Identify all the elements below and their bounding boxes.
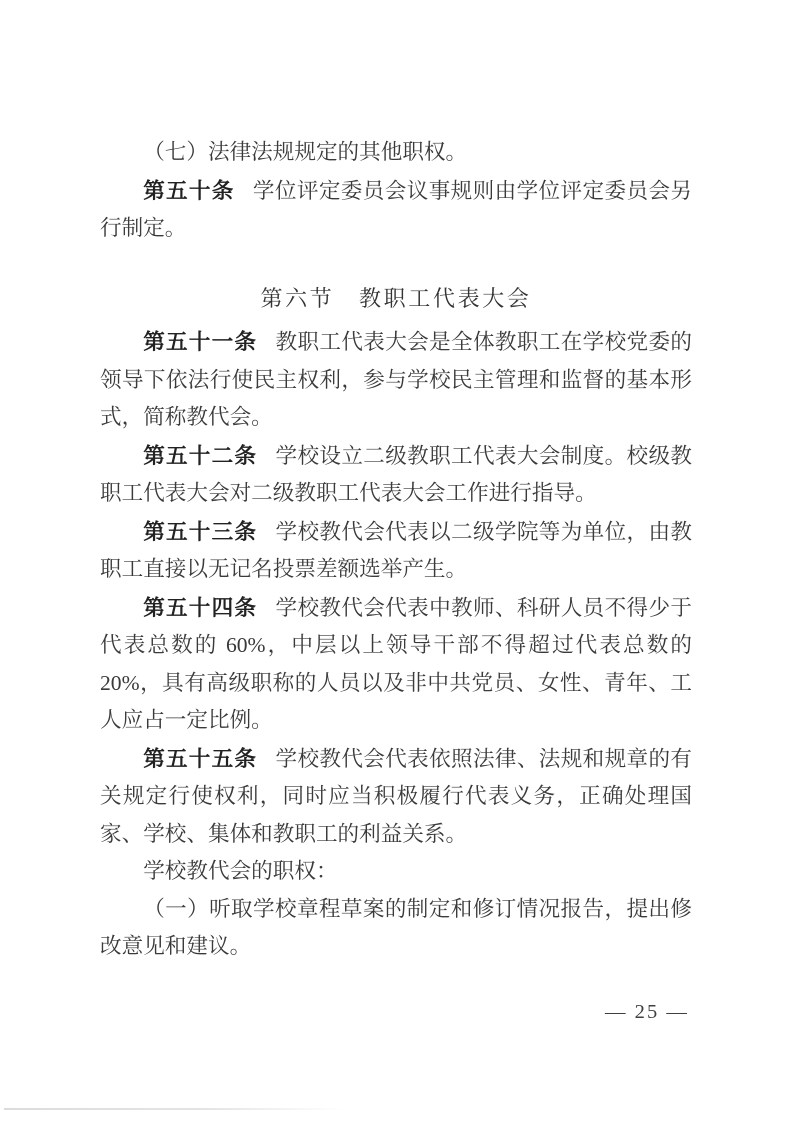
paragraph-item-7: （七）法律法规规定的其他职权。 — [100, 134, 692, 172]
article-52-label: 第五十二条 — [143, 443, 257, 468]
paragraph-article-52: 第五十二条学校设立二级教职工代表大会制度。校级教职工代表大会对二级教职工代表大会… — [100, 437, 692, 513]
paragraph-article-53: 第五十三条学校教代会代表以二级学院等为单位，由教职工直接以无记名投票差额选举产生… — [100, 513, 692, 589]
paragraph-jdh-powers-intro: 学校教代会的职权： — [100, 853, 692, 891]
paragraph-article-54: 第五十四条学校教代会代表中教师、科研人员不得少于代表总数的 60%，中层以上领导… — [100, 589, 692, 740]
article-51-label: 第五十一条 — [143, 329, 257, 354]
scan-artifact-line — [4, 1108, 344, 1110]
article-55-label: 第五十五条 — [143, 746, 257, 771]
paragraph-article-51: 第五十一条教职工代表大会是全体教职工在学校党委的领导下依法行使民主权利，参与学校… — [100, 323, 692, 437]
document-body: （七）法律法规规定的其他职权。 第五十条学位评定委员会议事规则由学位评定委员会另… — [100, 134, 692, 966]
article-54-label: 第五十四条 — [143, 595, 257, 620]
section-heading-6: 第六节 教职工代表大会 — [100, 280, 692, 318]
document-page: （七）法律法规规定的其他职权。 第五十条学位评定委员会议事规则由学位评定委员会另… — [0, 0, 793, 1121]
page-number: — 25 — — [605, 998, 689, 1026]
article-53-label: 第五十三条 — [143, 519, 257, 544]
article-50-label: 第五十条 — [143, 178, 234, 203]
paragraph-item-1: （一）听取学校章程草案的制定和修订情况报告，提出修改意见和建议。 — [100, 891, 692, 966]
paragraph-article-55: 第五十五条学校教代会代表依照法律、法规和规章的有关规定行使权利，同时应当积极履行… — [100, 740, 692, 854]
paragraph-article-50: 第五十条学位评定委员会议事规则由学位评定委员会另行制定。 — [100, 172, 692, 248]
